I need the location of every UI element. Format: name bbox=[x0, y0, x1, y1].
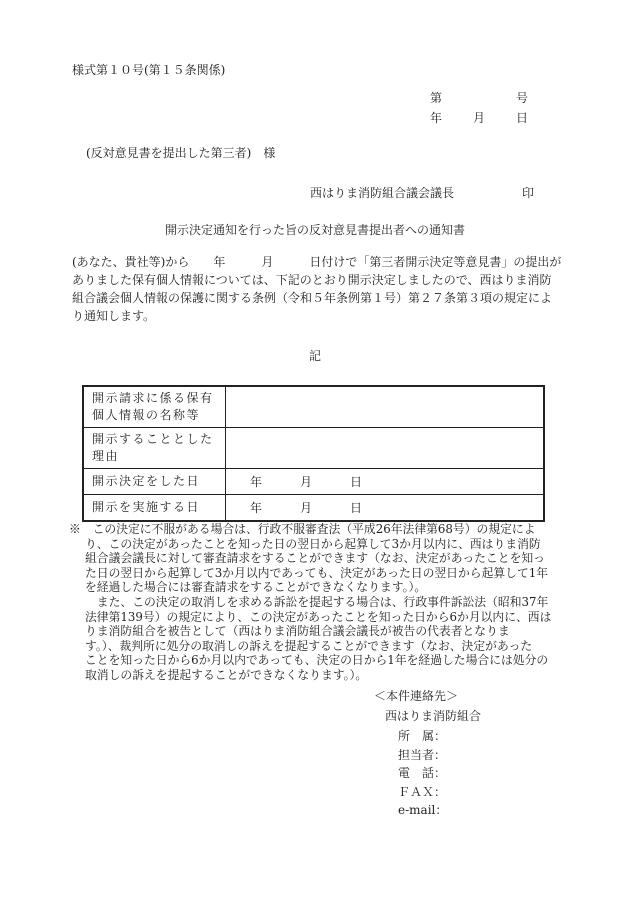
body-line: ありました保有個人情報については、下記のとおり開示決定しましたので、西はりま消防 bbox=[72, 271, 561, 289]
contact-field-phone: 電 話： bbox=[398, 764, 447, 783]
document-page: 様式第１０号(第１５条関係) 第 号 年 月 日 (反対意見書を提出した第三者)… bbox=[0, 0, 630, 903]
row-label-decision-date: 開示決定をした日 bbox=[83, 469, 226, 495]
contact-organization: 西はりま消防組合 bbox=[385, 707, 481, 724]
document-number-line: 第 号 bbox=[430, 88, 528, 108]
body-line: り通知します。 bbox=[72, 307, 561, 325]
recipient-line: (反対意見書を提出した第三者) 様 bbox=[86, 144, 275, 161]
sender-name: 西はりま消防組合議会議長 bbox=[310, 184, 454, 201]
note-line: り、この決定があったことを知った日の翌日から起算して3か月以内に、西はりま消防 bbox=[69, 537, 551, 552]
date-year-label: 年 bbox=[430, 108, 442, 128]
table-row: 開示決定をした日 年 月 日 bbox=[83, 469, 544, 495]
row-value-disclosure-reason bbox=[226, 428, 545, 469]
row-label-information-name: 開示請求に係る保有 個人情報の名称等 bbox=[83, 386, 226, 428]
doc-number-prefix: 第 bbox=[430, 88, 442, 108]
note-line: ことを知った日から6か月以内であっても、決定の日から1年を経過した場合には処分の bbox=[69, 653, 551, 668]
row-label-disclosure-reason: 開示することとした 理由 bbox=[83, 428, 226, 469]
note-line: 取消しの訴えを提起することができなくなります。）。 bbox=[69, 668, 551, 683]
date-month-label: 月 bbox=[473, 108, 485, 128]
note-line: た日の翌日から起算して3か月以内であっても、決定があった日の翌日から起算して1年 bbox=[69, 566, 551, 581]
contact-field-fax: ＦＡＸ： bbox=[398, 783, 447, 802]
disclosure-table: 開示請求に係る保有 個人情報の名称等 開示することとした 理由 開示決定をした日… bbox=[82, 385, 545, 522]
date-day-label: 日 bbox=[516, 108, 528, 128]
note-line: を経過した場合には審査請求をすることができなくなります。）。 bbox=[69, 580, 551, 595]
doc-number-suffix: 号 bbox=[516, 88, 528, 108]
table-row: 開示請求に係る保有 個人情報の名称等 bbox=[83, 386, 544, 428]
row-value-decision-date: 年 月 日 bbox=[226, 469, 545, 495]
contact-field-person: 担当者： bbox=[398, 746, 447, 765]
document-number-block: 第 号 年 月 日 bbox=[430, 88, 528, 128]
row-value-information-name bbox=[226, 386, 545, 428]
note-line: 法律第139号）の規定により、この決定があったことを知った日から6か月以内に、西… bbox=[69, 610, 551, 625]
document-title: 開示決定通知を行った旨の反対意見書提出者への通知書 bbox=[0, 221, 630, 238]
note-line: す。）、裁判所に処分の取消しの訴えを提起することができます（なお、決定があった bbox=[69, 639, 551, 654]
table-row: 開示を実施する日 年 月 日 bbox=[83, 495, 544, 521]
appeal-note: ※ この決定に不服がある場合は、行政不服審査法（平成26年法律第68号）の規定に… bbox=[69, 522, 551, 683]
body-line: (あなた、貴社等)から 年 月 日付けで「第三者開示決定等意見書」の提出が bbox=[72, 253, 561, 271]
note-line: また、この決定の取消しを求める訴訟を提起する場合は、行政事件訴訟法（昭和37年 bbox=[69, 595, 551, 610]
date-line: 年 月 日 bbox=[430, 108, 528, 128]
row-value-implementation-date: 年 月 日 bbox=[226, 495, 545, 521]
seal-mark: 印 bbox=[522, 184, 534, 201]
body-paragraph: (あなた、貴社等)から 年 月 日付けで「第三者開示決定等意見書」の提出が あり… bbox=[72, 253, 561, 325]
note-line: 組合議会議長に対して審査請求をすることができます（なお、決定があったことを知っ bbox=[69, 551, 551, 566]
ki-heading: 記 bbox=[0, 347, 630, 364]
contact-fields: 所 属： 担当者： 電 話： ＦＡＸ： e-mail： bbox=[398, 727, 447, 820]
contact-section-header: ＜本件連絡先＞ bbox=[374, 687, 458, 704]
contact-field-department: 所 属： bbox=[398, 727, 447, 746]
contact-field-email: e-mail： bbox=[398, 801, 447, 820]
note-line: りま消防組合を被告として（西はりま消防組合議会議長が被告の代表者となりま bbox=[69, 624, 551, 639]
row-label-implementation-date: 開示を実施する日 bbox=[83, 495, 226, 521]
table-row: 開示することとした 理由 bbox=[83, 428, 544, 469]
form-number: 様式第１０号(第１５条関係) bbox=[72, 61, 225, 78]
note-line: ※ この決定に不服がある場合は、行政不服審査法（平成26年法律第68号）の規定に… bbox=[69, 522, 551, 537]
sender-line: 西はりま消防組合議会議長 印 bbox=[310, 184, 534, 201]
body-line: 組合議会個人情報の保護に関する条例（令和５年条例第１号）第２７条第３項の規定によ bbox=[72, 289, 561, 307]
